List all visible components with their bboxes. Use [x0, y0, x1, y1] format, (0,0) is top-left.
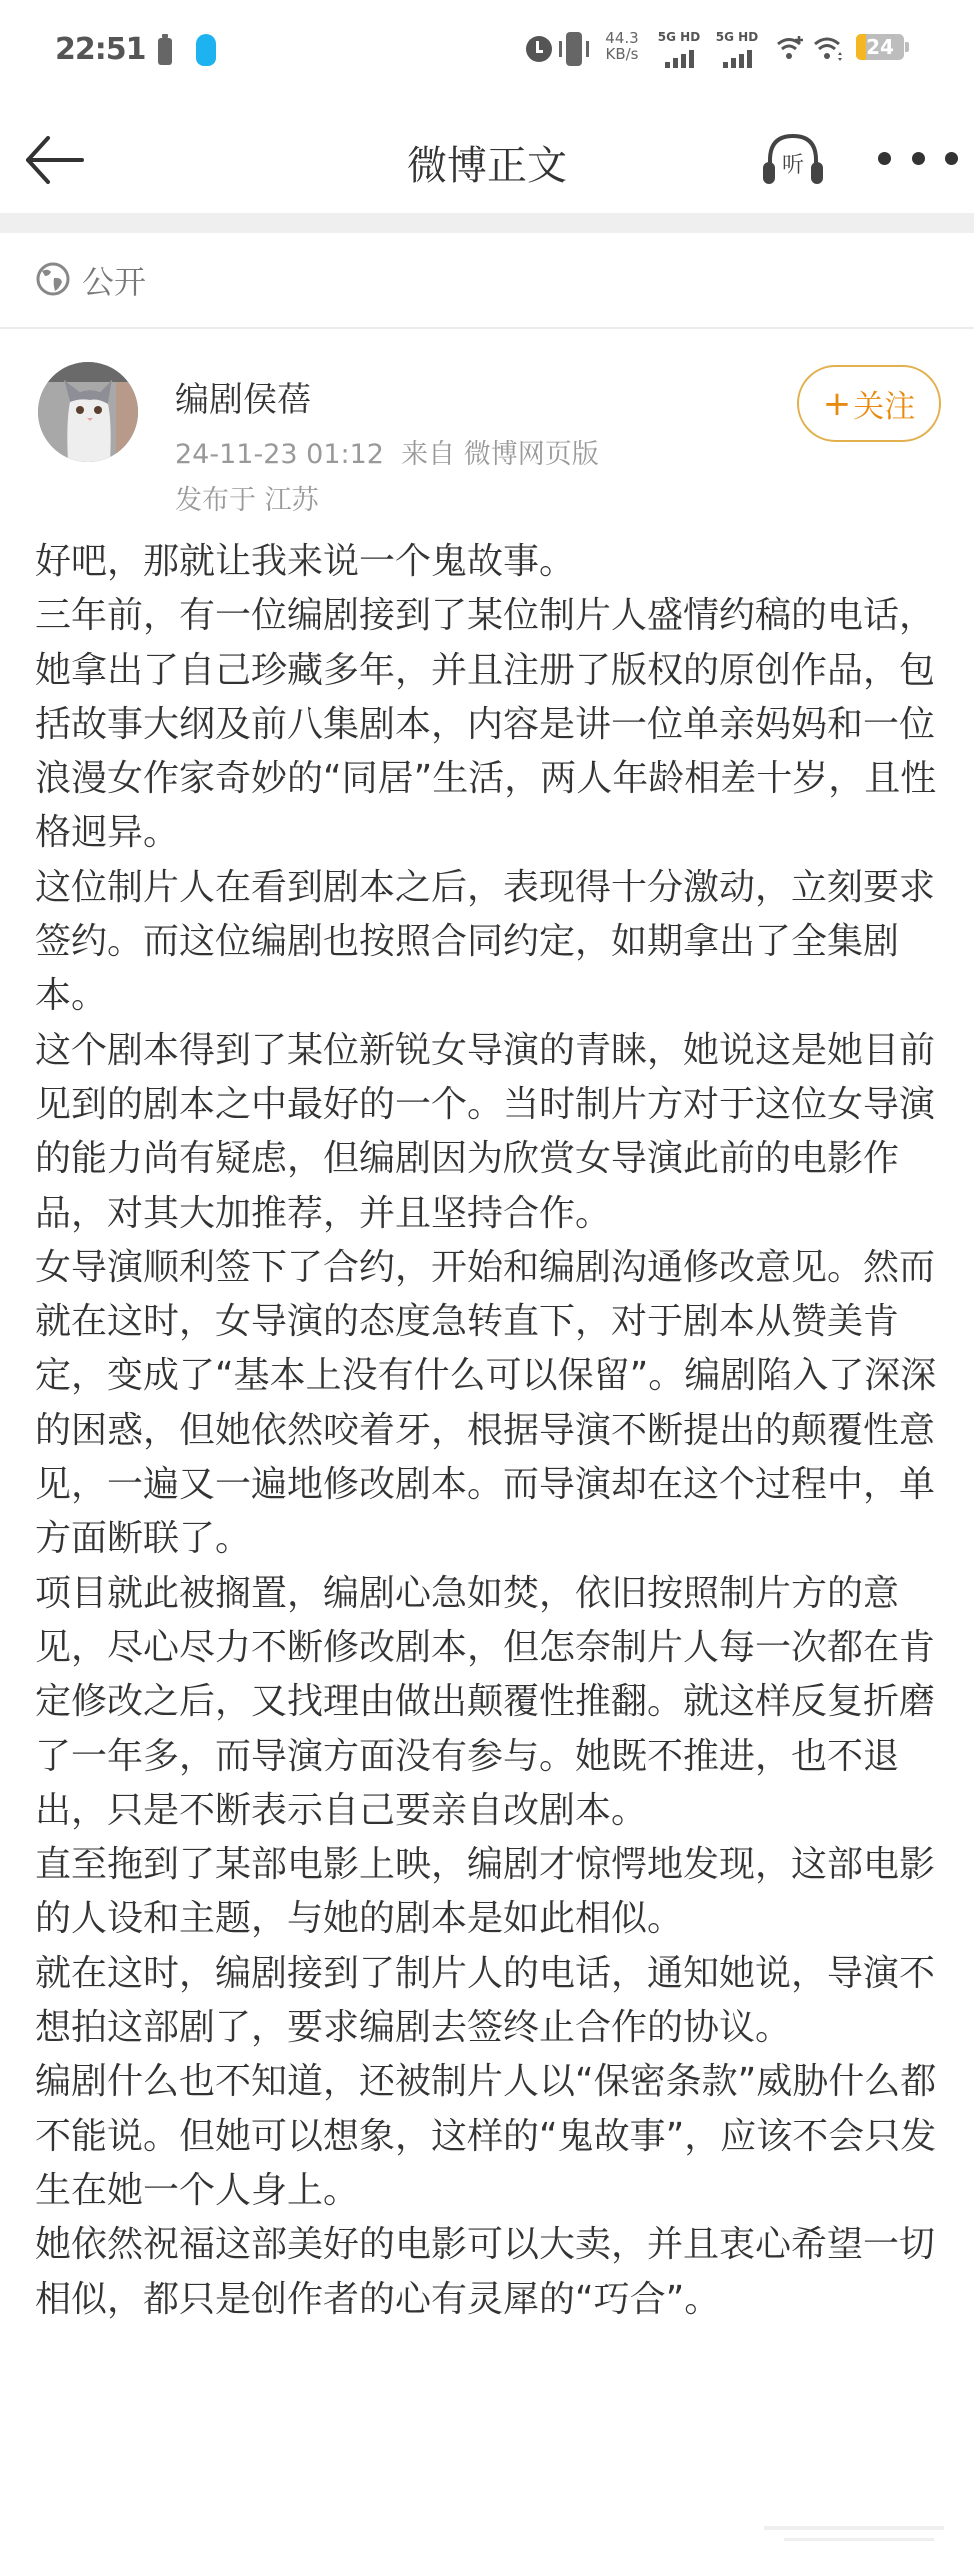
battery-icon: 24: [856, 34, 904, 60]
post-source: 微博网页版: [464, 439, 599, 470]
wifi-icon: [814, 34, 844, 64]
source-prefix: 来自: [401, 439, 455, 470]
paragraph: 这位制片人在看到剧本之后，表现得十分激动，立刻要求签约。而这位编剧也按照合同约定…: [35, 861, 947, 1024]
more-options-button[interactable]: [878, 138, 958, 178]
divider: [0, 327, 974, 329]
paragraph: 女导演顺利签下了合约，开始和编剧沟通修改意见。然而就在这时，女导演的态度急转直下…: [35, 1241, 947, 1567]
post-location: 发布于 江苏: [175, 478, 319, 517]
author-name[interactable]: 编剧侯蓓: [175, 372, 311, 421]
qq-notification-icon: [196, 34, 216, 66]
network-speed-value: 44.3: [600, 30, 644, 46]
sim1-signal-icon: 5G HD: [654, 30, 704, 68]
svg-text:听: 听: [782, 153, 804, 178]
post-timestamp: 24-11-23 01:12: [175, 439, 384, 470]
paragraph: 编剧什么也不知道，还被制片人以“保密条款”威胁什么都不能说。但她可以想象，这样的…: [35, 2055, 947, 2218]
sim2-label: 5G HD: [712, 30, 762, 44]
more-dot-icon: [878, 152, 891, 165]
section-separator: [0, 213, 974, 233]
location-prefix: 发布于: [175, 485, 256, 516]
sim1-label: 5G HD: [654, 30, 704, 44]
network-speed-unit: KB/s: [600, 46, 644, 62]
post-meta: 24-11-23 01:12 来自 微博网页版: [175, 432, 599, 471]
watermark: [754, 2516, 954, 2552]
status-bar: 22:51 44.3 KB/s 5G HD 5G HD: [0, 0, 974, 110]
paragraph: 好吧，那就让我来说一个鬼故事。: [35, 535, 947, 589]
headphones-listen-icon: 听: [760, 128, 826, 190]
alarm-icon: [526, 36, 552, 62]
vibrate-icon: [566, 32, 582, 66]
page-title: 微博正文: [0, 134, 974, 191]
nav-header: 微博正文 听: [0, 110, 974, 213]
more-dot-icon: [945, 152, 958, 165]
battery-tip: [905, 42, 909, 52]
status-time: 22:51: [55, 32, 146, 67]
paragraph: 直至拖到了某部电影上映，编剧才惊愕地发现，这部电影的人设和主题，与她的剧本是如此…: [35, 1838, 947, 1947]
paragraph: 她依然祝福这部美好的电影可以大卖，并且衷心希望一切相似，都只是创作者的心有灵犀的…: [35, 2218, 947, 2327]
more-dot-icon: [912, 152, 925, 165]
post-body: 好吧，那就让我来说一个鬼故事。 三年前，有一位编剧接到了某位制片人盛情约稿的电话…: [35, 535, 947, 2327]
status-icons: 44.3 KB/s 5G HD 5G HD 24: [514, 30, 974, 70]
cat-avatar-icon: [38, 362, 138, 462]
battery-level: 24: [856, 35, 904, 59]
follow-label: 关注: [853, 381, 915, 426]
paragraph: 项目就此被搁置，编剧心急如焚，依旧按照制片方的意见，尽心尽力不断修改剧本，但怎奈…: [35, 1567, 947, 1838]
network-speed: 44.3 KB/s: [600, 30, 644, 62]
sim2-signal-icon: 5G HD: [712, 30, 762, 68]
globe-icon: [36, 262, 70, 296]
paragraph: 三年前，有一位编剧接到了某位制片人盛情约稿的电话，她拿出了自己珍藏多年，并且注册…: [35, 589, 947, 860]
watermark-icon: [754, 2516, 954, 2552]
location-value: 江苏: [265, 485, 319, 516]
visibility-label: 公开: [82, 257, 146, 303]
visibility-row: 公开: [0, 233, 974, 327]
paragraph: 就在这时，编剧接到了制片人的电话，通知她说，导演不想拍这部剧了，要求编剧去签终止…: [35, 1947, 947, 2056]
follow-button[interactable]: + 关注: [797, 365, 941, 442]
battery-saver-icon: [158, 38, 172, 65]
avatar[interactable]: [38, 362, 138, 462]
listen-button[interactable]: 听: [760, 128, 826, 190]
plus-icon: +: [823, 387, 852, 421]
paragraph: 这个剧本得到了某位新锐女导演的青睐，她说这是她目前见到的剧本之中最好的一个。当时…: [35, 1024, 947, 1241]
wifi-hotspot-icon: [776, 34, 806, 64]
